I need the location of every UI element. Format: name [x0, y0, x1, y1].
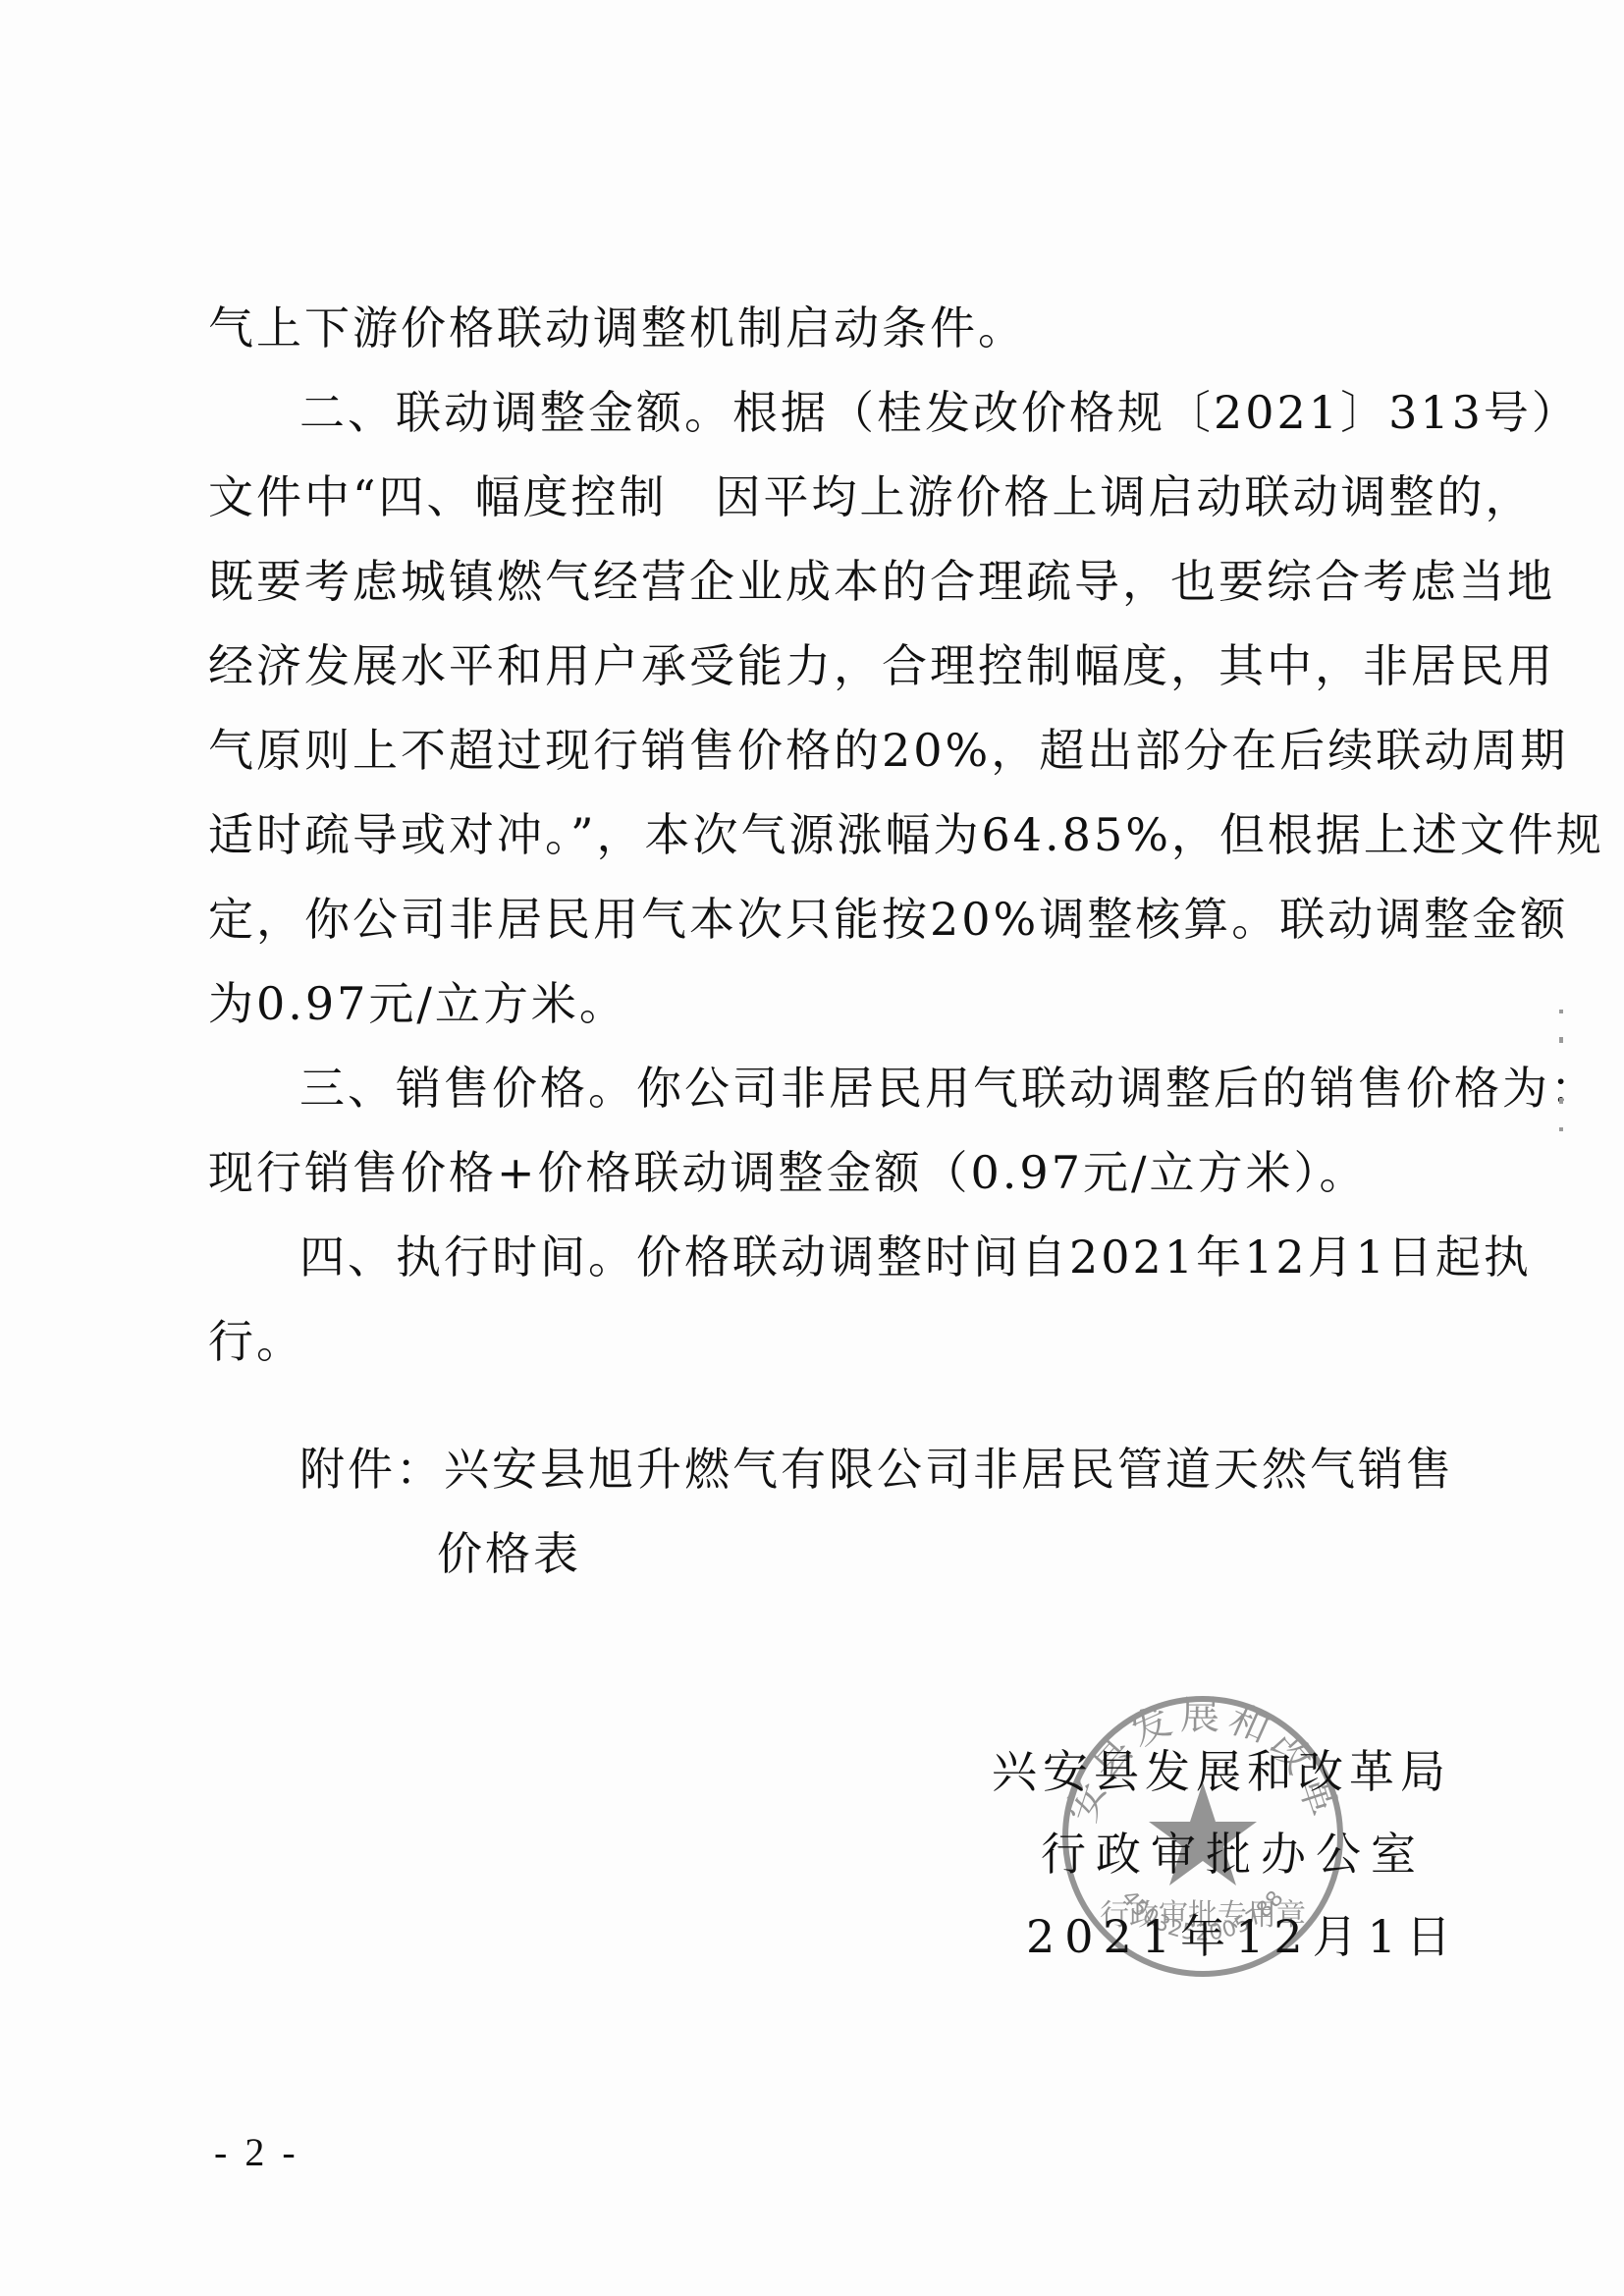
scan-edge-marks	[1559, 982, 1567, 1129]
section-2-line-7: 定，你公司非居民用气本次只能按20%调整核算。联动调整金额	[208, 892, 1443, 947]
section-2-line-3: 既要考虑城镇燃气经营企业成本的合理疏导，也要综合考虑当地	[208, 554, 1443, 609]
section-2-line-5: 气原则上不超过现行销售价格的20%，超出部分在后续联动周期	[208, 723, 1443, 778]
paragraph-1-line-1: 气上下游价格联动调整机制启动条件。	[208, 301, 1443, 355]
signature-org-line-1: 兴安县发展和改革局	[992, 1744, 1451, 1799]
signature-org-line-2: 行政审批办公室	[1041, 1827, 1426, 1882]
section-2-line-2: 文件中“四、幅度控制 因平均上游价格上调启动联动调整的，	[208, 469, 1443, 524]
section-2-heading-line: 二、联动调整金额。根据（桂发改价格规〔2021〕313号）	[299, 385, 1443, 440]
document-page: 气上下游价格联动调整机制启动条件。 二、联动调整金额。根据（桂发改价格规〔202…	[0, 0, 1624, 2296]
section-3-line-2: 现行销售价格+价格联动调整金额（0.97元/立方米）。	[208, 1145, 1445, 1200]
attachment-label-continued: 价格表	[437, 1526, 1624, 1581]
section-2-line-4: 经济发展水平和用户承受能力，合理控制幅度，其中，非居民用	[208, 638, 1443, 693]
section-4-heading-line: 四、执行时间。价格联动调整时间自2021年12月1日起执	[299, 1230, 1443, 1285]
section-3-heading-line: 三、销售价格。你公司非居民用气联动调整后的销售价格为：	[299, 1061, 1443, 1116]
section-4-line-2: 行。	[208, 1314, 1445, 1369]
attachment-label: 附件：兴安县旭升燃气有限公司非居民管道天然气销售	[299, 1442, 1340, 1497]
page-number: - 2 -	[214, 2129, 299, 2175]
section-2-line-6: 适时疏导或对冲。”，本次气源涨幅为64.85%，但根据上述文件规	[208, 807, 1443, 862]
section-2-line-8: 为0.97元/立方米。	[208, 976, 1445, 1031]
signature-date: 2021年12月1日	[1026, 1909, 1461, 1964]
